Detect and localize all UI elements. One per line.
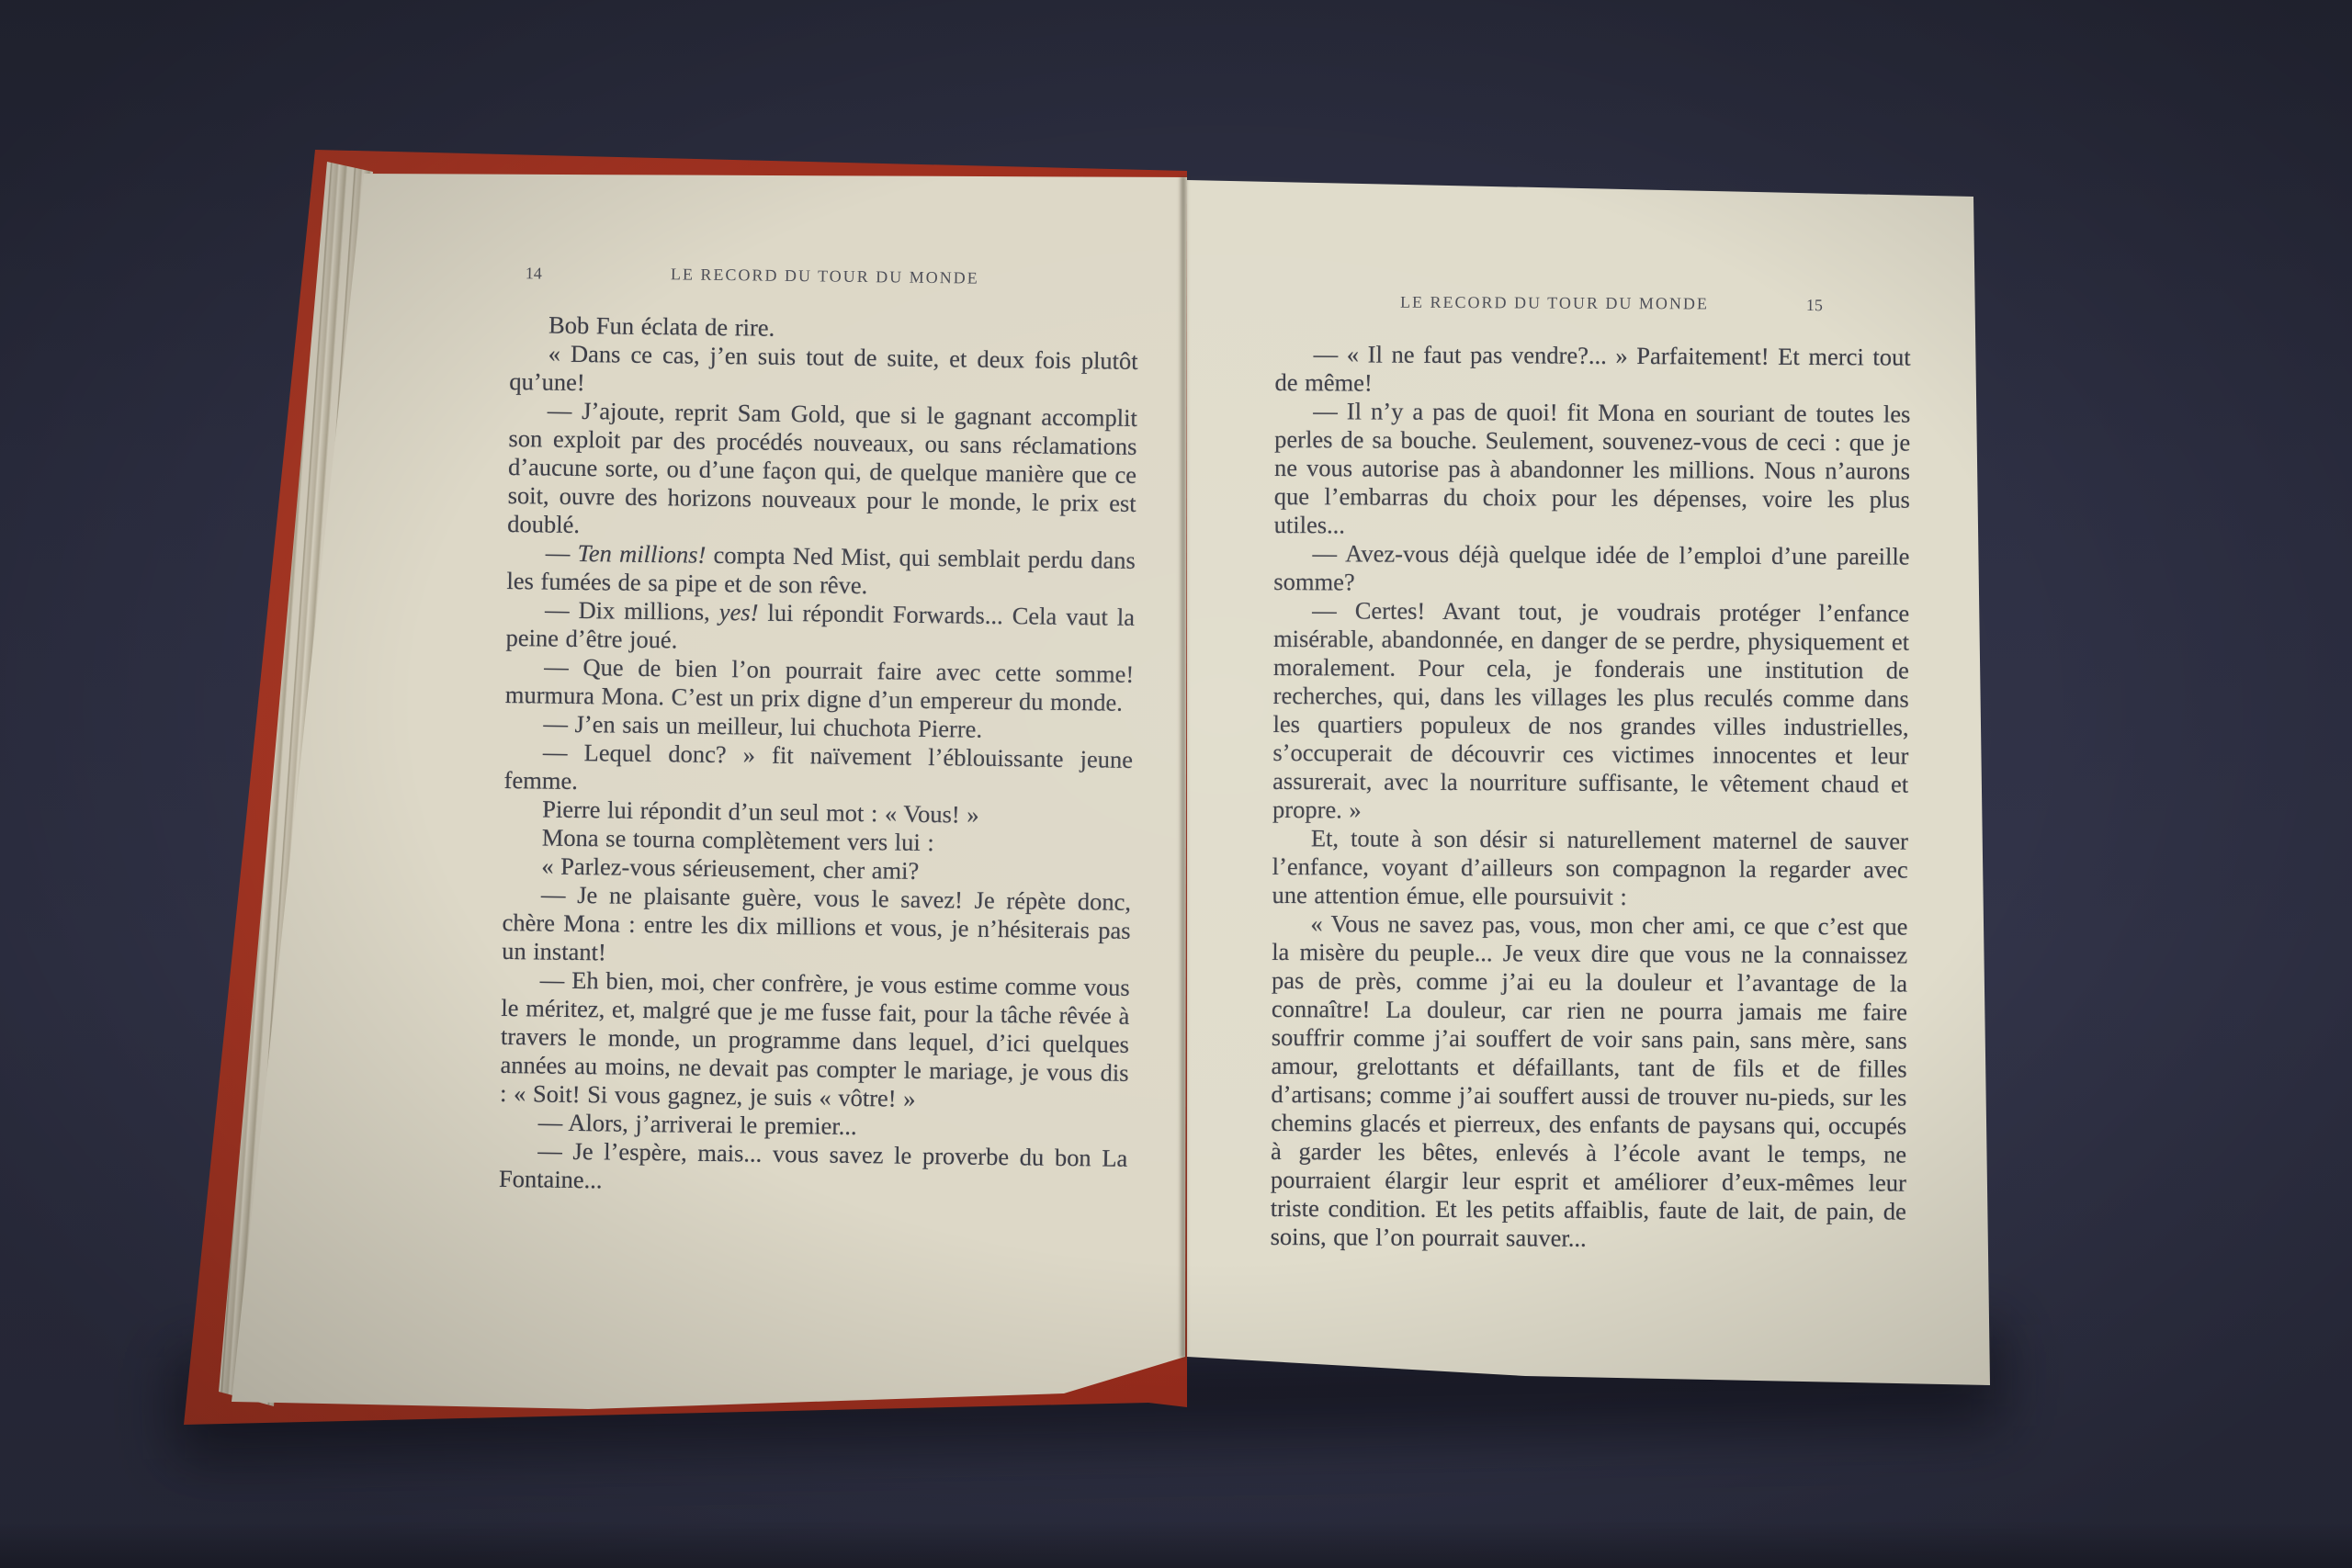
paragraph: — Lequel donc? » fit naïvement l’éblouis… [503, 738, 1133, 803]
right-page-header: LE RECORD DU TOUR DU MONDE 15 [1275, 292, 1911, 318]
page-number-right: 15 [1806, 296, 1823, 315]
paragraph: — Ten millions! compta Ned Mist, qui sem… [506, 538, 1136, 604]
paragraph: — Il n’y a pas de quoi! fit Mona en sour… [1274, 397, 1911, 543]
paragraph: — Que de bien l’on pourrait faire avec c… [505, 652, 1135, 717]
paragraph: — Je l’espère, mais... vous savez le pro… [499, 1136, 1128, 1201]
paragraph: « Vous ne savez pas, vous, mon cher ami,… [1271, 909, 1908, 1255]
paragraph: Et, toute à son désir si naturellement m… [1272, 824, 1907, 913]
right-page-content: LE RECORD DU TOUR DU MONDE 15 — « Il ne … [1271, 292, 1911, 1255]
gutter-shadow [1179, 176, 1188, 1358]
photo-backdrop: 14 LE RECORD DU TOUR DU MONDE Bob Fun éc… [0, 0, 2352, 1568]
paragraph: — Dix millions, yes! lui répondit Forwar… [505, 595, 1135, 660]
paragraph: — Certes! Avant tout, je voudrais protég… [1272, 596, 1909, 828]
page-number-left: 14 [526, 264, 542, 283]
left-page-content: 14 LE RECORD DU TOUR DU MONDE Bob Fun éc… [499, 263, 1139, 1201]
left-page-body: Bob Fun éclata de rire.« Dans ce cas, j’… [499, 310, 1139, 1201]
paragraph: — J’ajoute, reprit Sam Gold, que si le g… [507, 396, 1137, 547]
paragraph: — Je ne plaisante guère, vous le savez! … [502, 880, 1131, 974]
paragraph: — « Il ne faut pas vendre?... » Parfaite… [1274, 340, 1910, 400]
paragraph: — Eh bien, moi, cher confrère, je vous e… [500, 965, 1130, 1116]
right-page-body: — « Il ne faut pas vendre?... » Parfaite… [1271, 340, 1911, 1255]
paragraph: — Avez-vous déjà quelque idée de l’emplo… [1273, 539, 1909, 600]
paragraph: « Dans ce cas, j’en suis tout de suite, … [509, 339, 1138, 404]
